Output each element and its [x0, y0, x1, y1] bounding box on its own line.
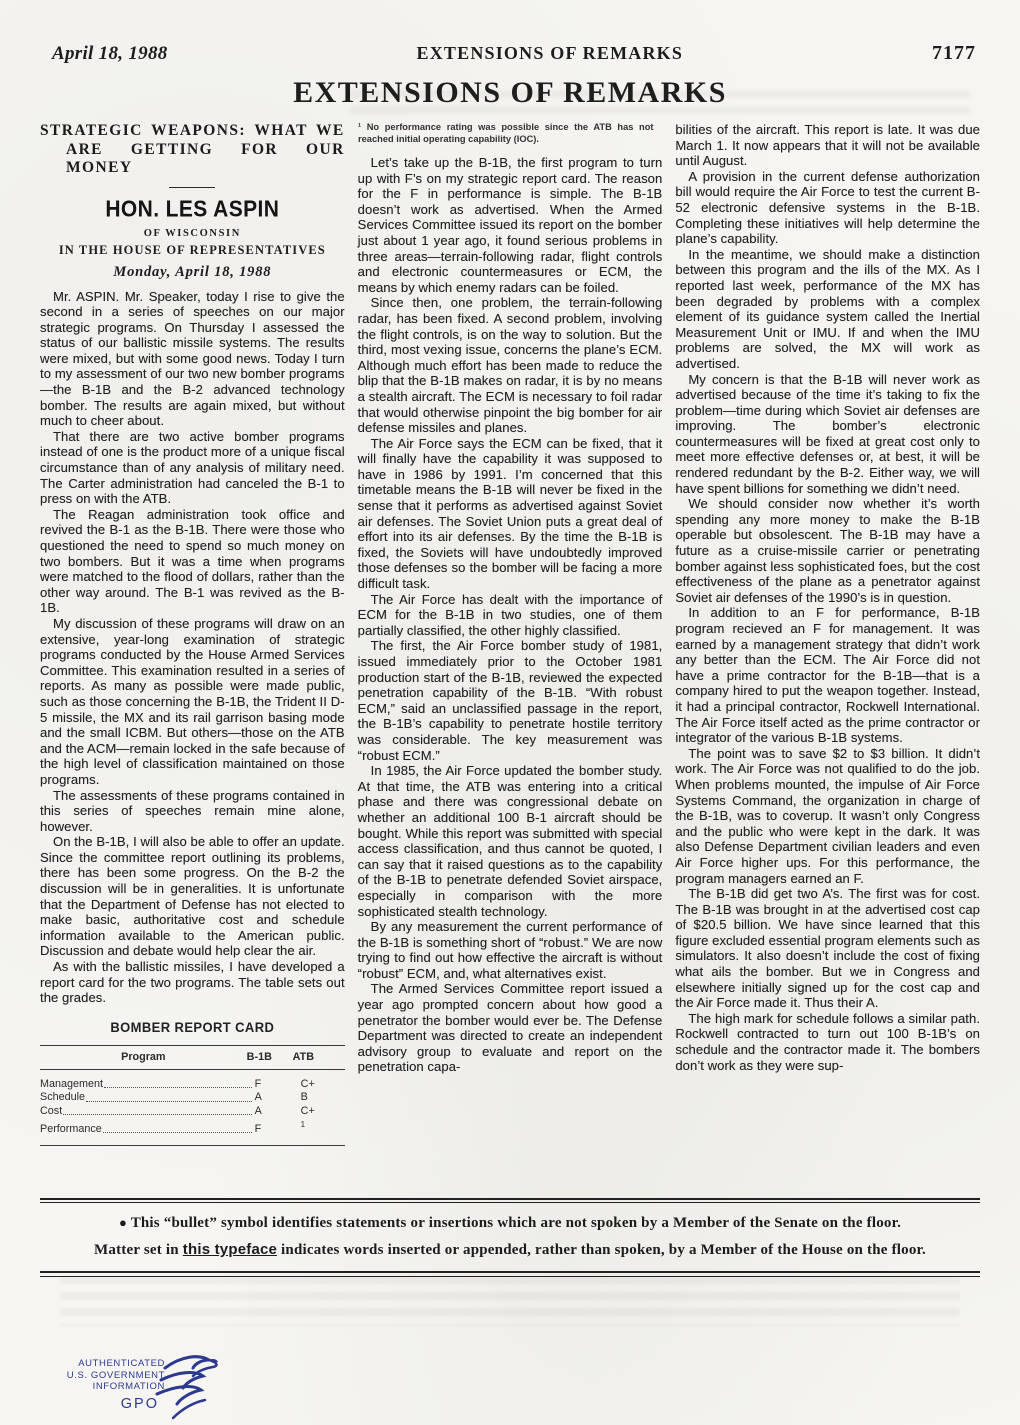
table-header-b1b: B-1B: [247, 1051, 293, 1063]
dotted-leader: [103, 1132, 252, 1133]
headline-divider: [169, 187, 215, 188]
paragraph: My concern is that the B-1B will never w…: [675, 372, 980, 497]
gpo-authentication-logo: AUTHENTICATED U.S. GOVERNMENT INFORMATIO…: [62, 1352, 237, 1422]
paragraph: We should consider now whether it’s wort…: [675, 496, 980, 605]
row-program: Cost: [40, 1105, 62, 1119]
typeface-note-prefix: Matter set in: [94, 1242, 183, 1258]
bullet-note: ● This “bullet” symbol identifies statem…: [40, 1215, 980, 1232]
column-1-body: Mr. ASPIN. Mr. Speaker, today I rise to …: [40, 289, 345, 1006]
table-rule-bottom: [40, 1145, 345, 1146]
row-grade-atb: B: [301, 1091, 345, 1105]
report-card-row: ScheduleAB: [40, 1091, 345, 1105]
paragraph: On the B-1B, I will also be able to offe…: [40, 834, 345, 959]
gpo-eagle-icon: [147, 1352, 237, 1422]
report-card-rows: ManagementFC+ScheduleABCostAC+Performanc…: [40, 1070, 345, 1146]
paragraph: In 1985, the Air Force updated the bombe…: [358, 763, 663, 919]
paragraph: The assessments of these programs contai…: [40, 788, 345, 835]
column-2: ¹ No performance rating was possible sin…: [358, 122, 663, 1190]
row-grade-atb: C+: [301, 1078, 345, 1092]
paragraph: That there are two active bomber program…: [40, 429, 345, 507]
article-headline: STRATEGIC WEAPONS: WHAT WE ARE GETTING F…: [40, 122, 345, 178]
report-card-table: Program B-1B ATB ManagementFC+ScheduleAB…: [40, 1045, 345, 1147]
dotted-leader: [63, 1114, 251, 1115]
row-grade-atb: 1: [301, 1118, 345, 1136]
paragraph: In addition to an F for performance, B-1…: [675, 605, 980, 745]
typeface-note-suffix: indicates words inserted or appended, ra…: [277, 1242, 926, 1258]
bullet-note-text: This “bullet” symbol identifies statemen…: [131, 1215, 901, 1231]
author-chamber: IN THE HOUSE OF REPRESENTATIVES: [40, 243, 345, 258]
column-2-body: Let’s take up the B-1B, the first progra…: [358, 155, 663, 1075]
article-author: HON. LES ASPIN: [40, 197, 345, 223]
paragraph: Mr. ASPIN. Mr. Speaker, today I rise to …: [40, 289, 345, 429]
header-date: April 18, 1988: [52, 43, 168, 65]
row-grade-b1b: A: [255, 1091, 301, 1105]
typeface-note-footer: ● This “bullet” symbol identifies statem…: [40, 1198, 980, 1277]
report-card-row: PerformanceF1: [40, 1118, 345, 1136]
footer-rule-top: [40, 1198, 980, 1203]
row-grade-b1b: A: [255, 1105, 301, 1119]
report-card-title: BOMBER REPORT CARD: [40, 1019, 345, 1035]
running-head: April 18, 1988 EXTENSIONS OF REMARKS 717…: [52, 42, 976, 65]
report-card-row: ManagementFC+: [40, 1078, 345, 1092]
footer-rule-bottom: [40, 1271, 980, 1277]
row-program: Performance: [40, 1123, 102, 1137]
bleed-through-texture: [60, 1276, 960, 1326]
page-number: 7177: [932, 42, 976, 65]
row-grade-b1b: F: [255, 1123, 301, 1137]
typeface-note: Matter set in this typeface indicates wo…: [40, 1241, 980, 1259]
table-footnote: ¹ No performance rating was possible sin…: [358, 122, 654, 145]
dotted-leader: [104, 1087, 252, 1088]
typeface-note-emphasis: this typeface: [183, 1241, 277, 1258]
paragraph: My discussion of these programs will dra…: [40, 616, 345, 788]
row-program: Management: [40, 1078, 103, 1092]
column-3-body: bilities of the aircraft. This report is…: [675, 122, 980, 1073]
paragraph: The Reagan administration took office an…: [40, 507, 345, 616]
article-dateline: Monday, April 18, 1988: [40, 264, 345, 281]
paragraph: The point was to save $2 to $3 billion. …: [675, 746, 980, 886]
text-columns: STRATEGIC WEAPONS: WHAT WE ARE GETTING F…: [40, 122, 980, 1190]
section-title: EXTENSIONS OF REMARKS: [0, 76, 1020, 110]
column-3: bilities of the aircraft. This report is…: [675, 122, 980, 1190]
paragraph: bilities of the aircraft. This report is…: [675, 122, 980, 169]
row-program: Schedule: [40, 1091, 85, 1105]
report-card-row: CostAC+: [40, 1105, 345, 1119]
table-header-program: Program: [40, 1051, 247, 1063]
paragraph: Let’s take up the B-1B, the first progra…: [358, 155, 663, 295]
bullet-icon: ●: [119, 1215, 127, 1230]
header-title: EXTENSIONS OF REMARKS: [417, 43, 684, 64]
row-grade-b1b: F: [255, 1078, 301, 1092]
column-1: STRATEGIC WEAPONS: WHAT WE ARE GETTING F…: [40, 122, 345, 1190]
paragraph: The Air Force says the ECM can be fixed,…: [358, 436, 663, 592]
paragraph: In the meantime, we should make a distin…: [675, 247, 980, 372]
table-header-row: Program B-1B ATB: [40, 1046, 345, 1069]
paragraph: Since then, one problem, the terrain-fol…: [358, 295, 663, 435]
paragraph: The first, the Air Force bomber study of…: [358, 638, 663, 763]
paragraph: As with the ballistic missiles, I have d…: [40, 959, 345, 1006]
dotted-leader: [86, 1101, 252, 1102]
paragraph: The high mark for schedule follows a sim…: [675, 1011, 980, 1073]
paragraph: The Air Force has dealt with the importa…: [358, 592, 663, 639]
row-grade-atb: C+: [301, 1105, 345, 1119]
congressional-record-page: April 18, 1988 EXTENSIONS OF REMARKS 717…: [0, 0, 1020, 1425]
paragraph: A provision in the current defense autho…: [675, 169, 980, 247]
table-header-atb: ATB: [293, 1051, 337, 1063]
paragraph: By any measurement the current performan…: [358, 919, 663, 981]
author-state: OF WISCONSIN: [40, 228, 345, 239]
paragraph: The Armed Services Committee report issu…: [358, 981, 663, 1075]
paragraph: The B-1B did get two A’s. The first was …: [675, 886, 980, 1011]
